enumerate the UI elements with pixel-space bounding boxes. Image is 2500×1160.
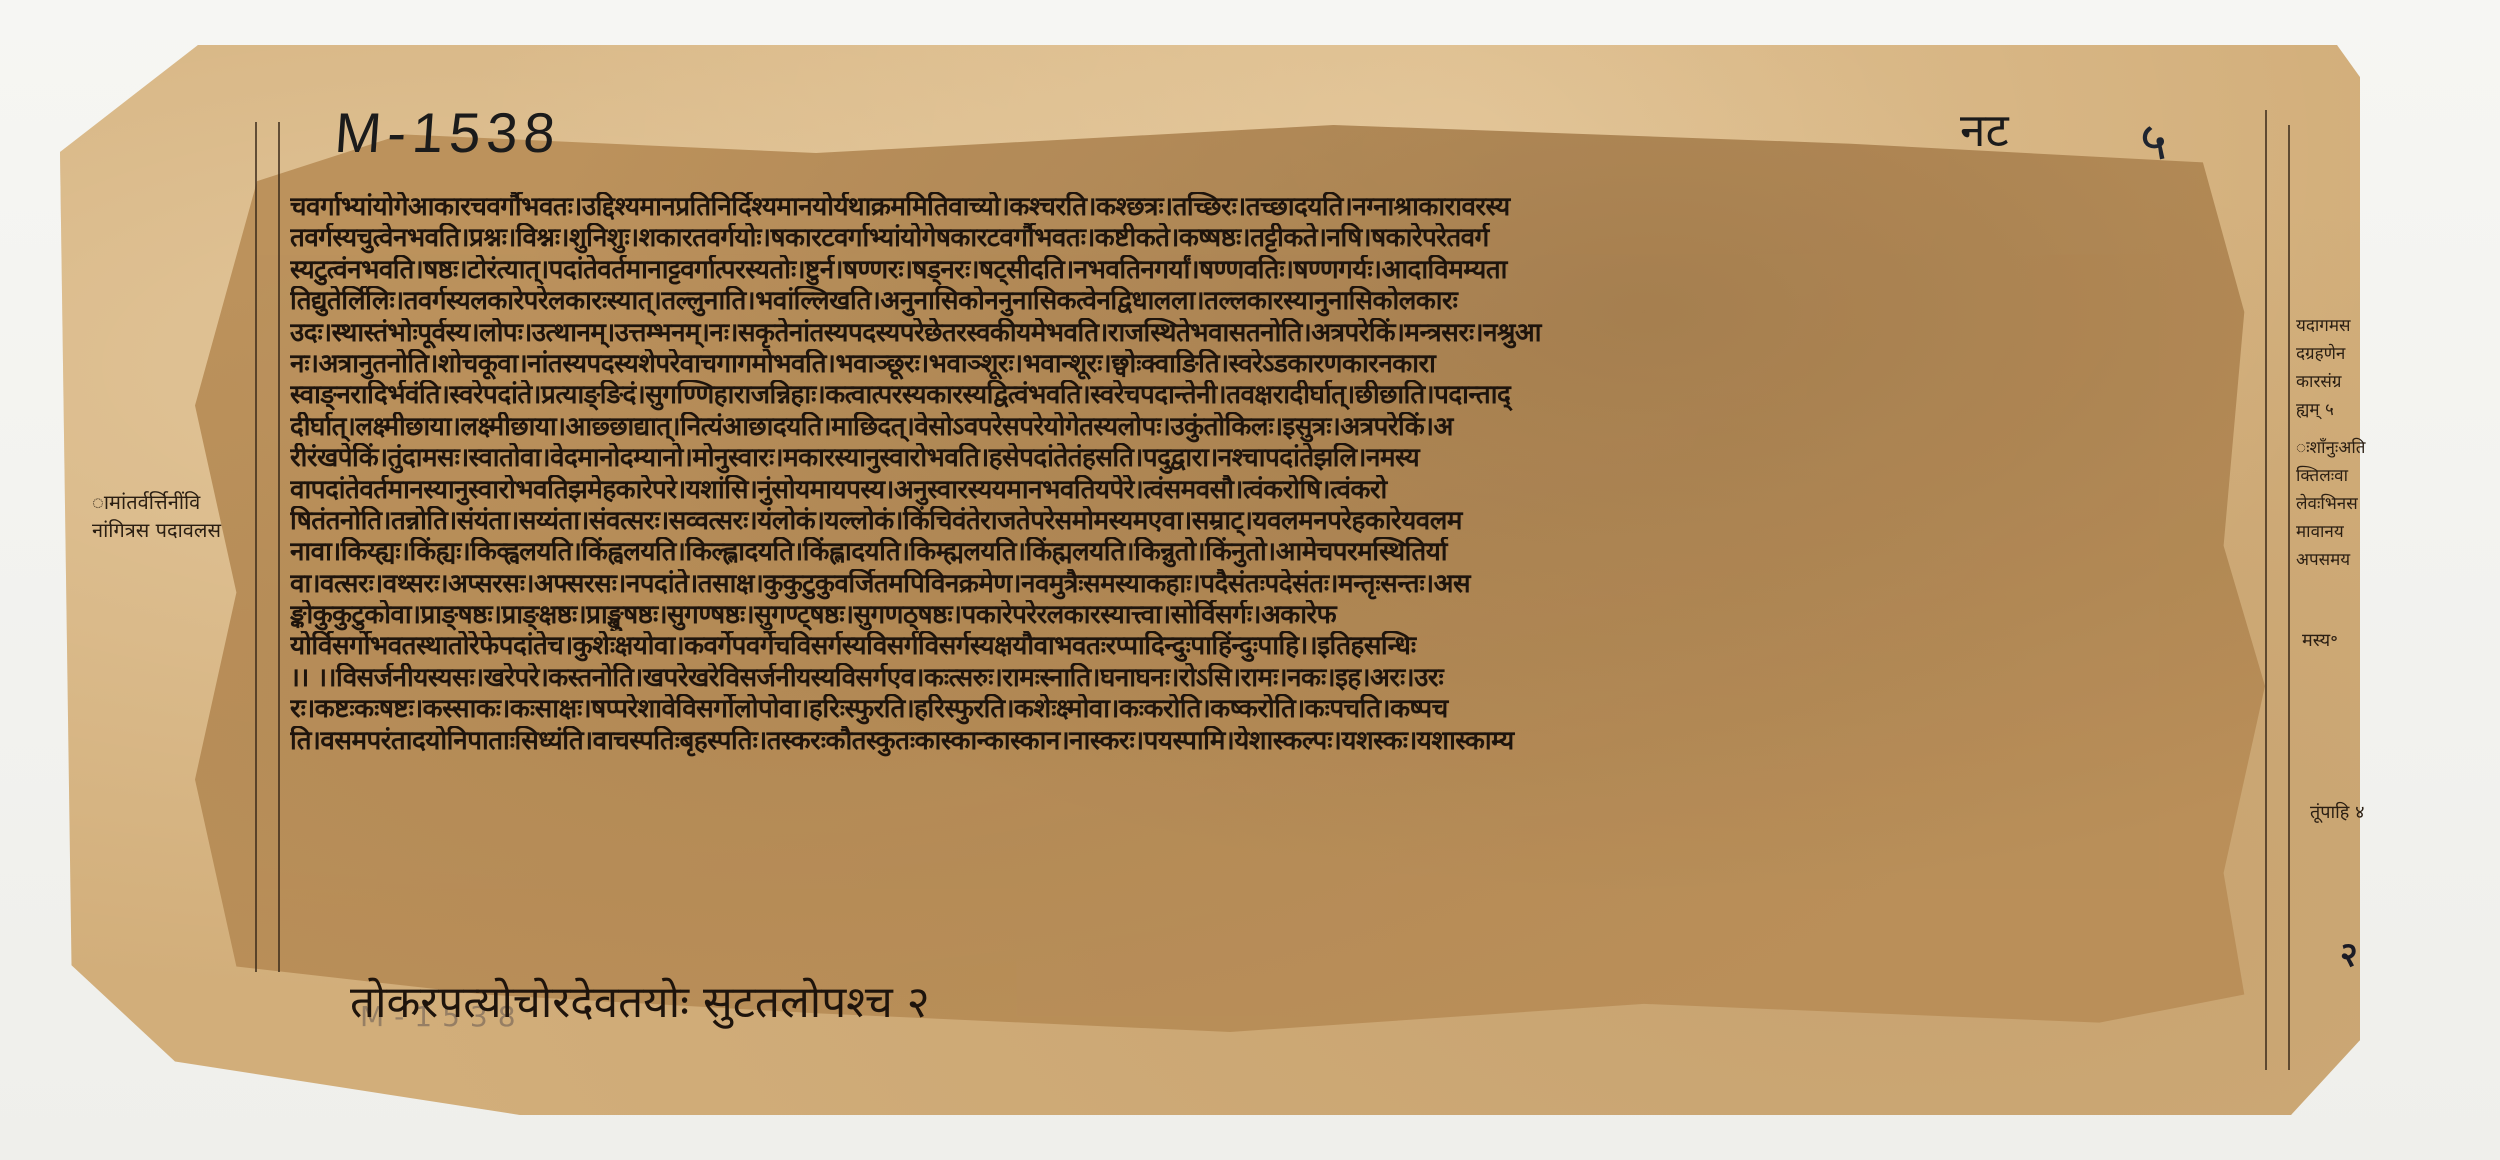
- left-margin-rule-outer: [255, 122, 257, 972]
- text-line: वापदांतेवर्तमानस्यानुस्वारोभवतिझमेहकारेप…: [290, 475, 2255, 506]
- text-line: रीरंखपेकिं।तुंदामसः।स्वातोवा।वेदमानोदम्य…: [290, 443, 2255, 474]
- right-marginal-note-middle: मस्य॰: [2302, 628, 2338, 652]
- text-line: तिद्युतेर्लिलिः।तवर्गस्यलकारेपरेलकारःस्य…: [290, 286, 2255, 317]
- folio-number-bottom-right: २: [2340, 930, 2358, 976]
- left-marginal-note: ामांतर्वर्त्तिनींवि नांगित्रस पदावलस: [92, 488, 262, 544]
- text-line: रः।कष्टःकःषष्टः।कस्साकः।कःसाक्षः।षप्परेश…: [290, 694, 2255, 725]
- right-margin-rule-outer: [2288, 125, 2290, 1070]
- folio-number-top: ५: [2140, 104, 2167, 175]
- marginal-note-line: कारसंग्र: [2296, 368, 2406, 396]
- marginal-note-line: यदागमस: [2296, 312, 2406, 340]
- text-line: ङ्कोकुकुटुकोवा।प्राङ्षष्ठः।प्राङ्क्षष्ठः…: [290, 600, 2255, 631]
- marginal-note-line: दग्रहणेन: [2296, 340, 2406, 368]
- text-line: योर्विसर्गोभवतस्थातोरेफेपदांतेच।कुशेःक्ष…: [290, 631, 2255, 662]
- right-marginal-note-lower: तूंपाहि ४: [2310, 800, 2364, 824]
- folio-title-abbreviation: नट: [1960, 98, 2009, 160]
- text-line: ।। ।।विसर्जनीयस्यसः।खरेपरे।कस्तनोति।खपरे…: [290, 663, 2255, 694]
- marginal-note-line: अपसमय: [2296, 546, 2406, 574]
- marginal-note-line: ःशाँनुःअति: [2296, 434, 2406, 462]
- marginal-note-line: क्तिलःवा: [2296, 462, 2406, 490]
- text-line: उदः।स्थास्तंभोःपूर्वस्य।लोपः।उत्थानम्।उत…: [290, 318, 2255, 349]
- text-line: चवर्गाभ्यांयोगेआकारचवर्गौभवतः।उद्दिश्यमा…: [290, 192, 2255, 223]
- text-line: षितंतनोति।तन्नोति।संयंता।सय्यंता।संवत्सर…: [290, 506, 2255, 537]
- right-margin-rule-inner: [2265, 110, 2267, 1070]
- text-line: नः।अत्रानुतनोति।शोचकूवा।नांतस्यपदस्यशेपर…: [290, 349, 2255, 380]
- text-line: नावा।किय्ह्यः।किंह्यः।किव्ह्वलयति।किंह्व…: [290, 537, 2255, 568]
- text-line: स्यटुत्वंनभवति।षष्ठः।टोरंत्यात्।पदांतेवर…: [290, 255, 2255, 286]
- text-line: तवर्गस्यचुत्वेनभवति।प्रश्नः।विश्नः।शुनिश…: [290, 223, 2255, 254]
- marginal-note-line: ह्यम् ५: [2296, 396, 2406, 424]
- accession-number-label: M-1538: [333, 100, 563, 165]
- left-margin-rule-inner: [278, 122, 280, 972]
- text-line: स्वाङ्नरादिर्भवंति।स्वरेपदांते।प्रत्याङ्…: [290, 380, 2255, 411]
- right-marginal-note: यदागमस दग्रहणेन कारसंग्र ह्यम् ५ ःशाँनुः…: [2296, 312, 2406, 574]
- text-line: वा।वत्सरः।वथ्सरः।अप्सरसः।अफ्सरसः।नपदांते…: [290, 569, 2255, 600]
- marginal-note-line: ामांतर्वर्त्तिनींवि: [92, 488, 262, 516]
- marginal-note-line: लेवःभिनस: [2296, 490, 2406, 518]
- text-line: ति।वसमपरंतादयोनिपाताःसिध्यंति।वाचस्पतिःब…: [290, 726, 2255, 757]
- marginal-note-line: नांगित्रस पदावलस: [92, 516, 262, 544]
- marginal-spacer: [2296, 424, 2406, 434]
- text-line: दीर्घात्।लक्ष्मीछाया।लक्ष्मीछाया।आछ्छाद्…: [290, 412, 2255, 443]
- colophon-line: तोकरपत्योचोरदेवतयोः सुटतलोपश्च २: [350, 970, 1810, 1030]
- marginal-note-line: मावानय: [2296, 518, 2406, 546]
- main-text-block: चवर्गाभ्यांयोगेआकारचवर्गौभवतः।उद्दिश्यमा…: [290, 192, 2255, 757]
